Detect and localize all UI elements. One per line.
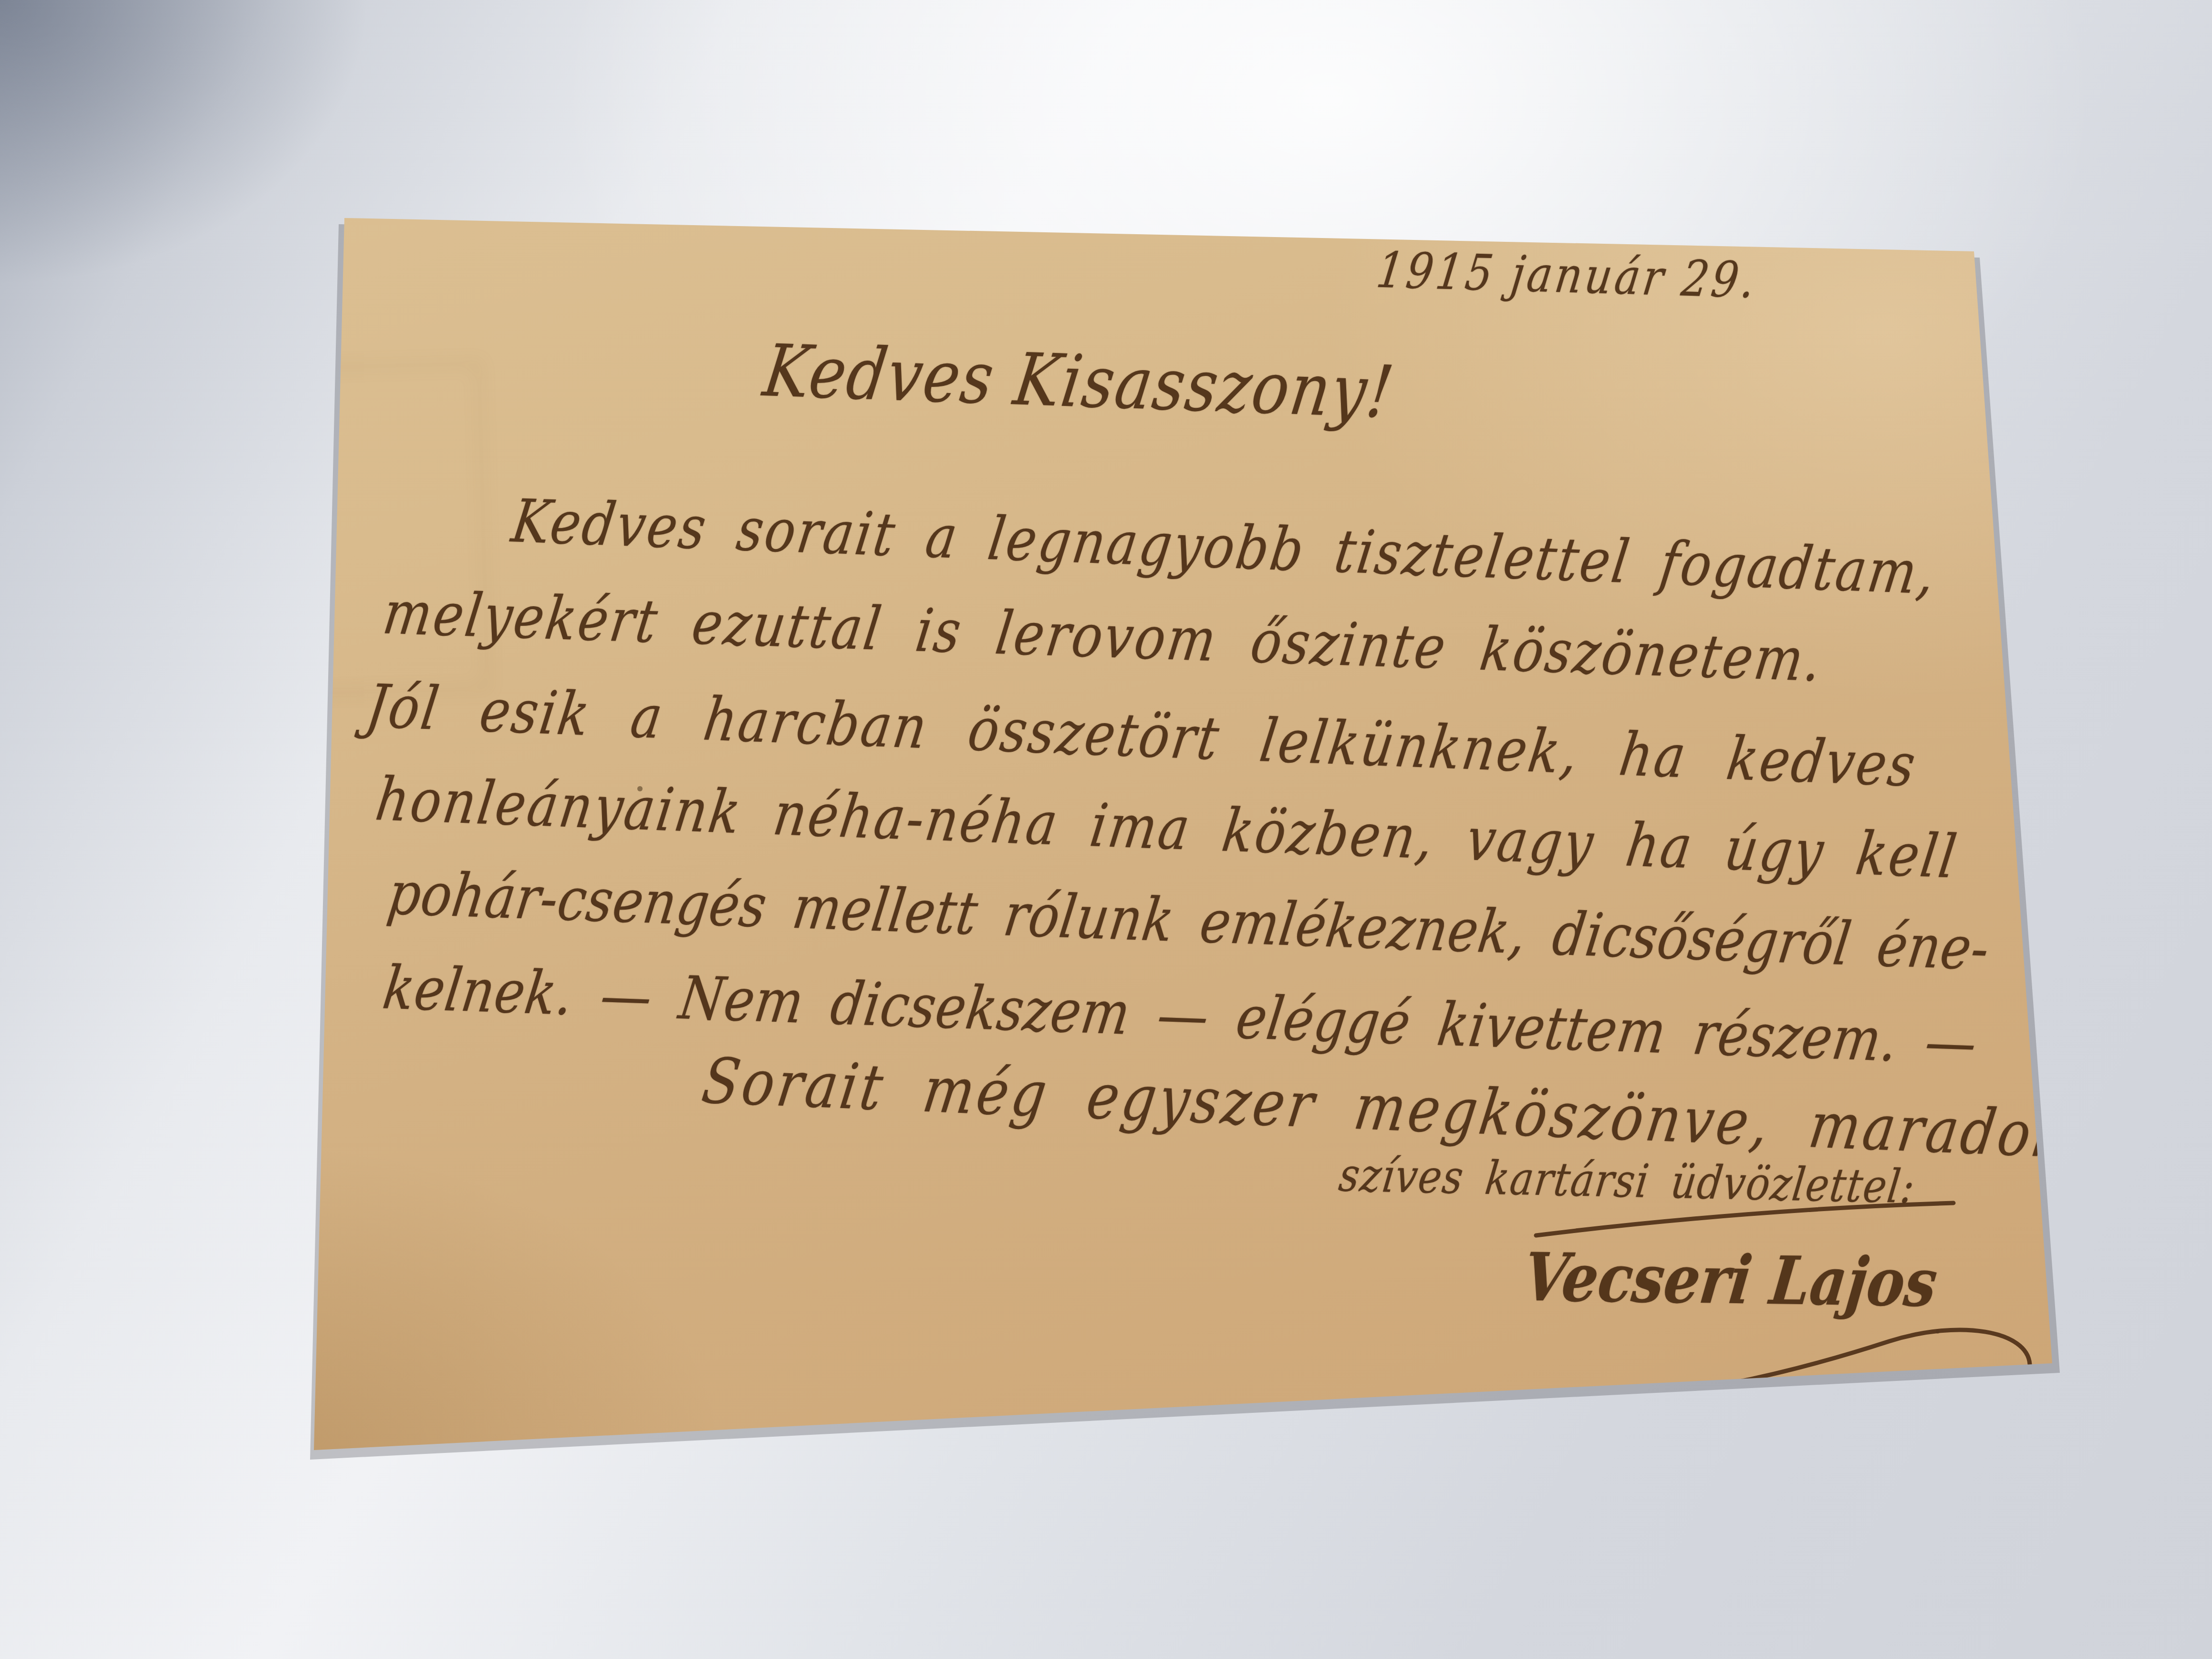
handwritten-salutation: Kedves Kisasszony! xyxy=(758,329,1399,435)
handwritten-date: 1915 január 29. xyxy=(1373,241,1761,309)
photo-backdrop: 1915 január 29. Kedves Kisasszony! Kedve… xyxy=(0,0,2212,1659)
postcard: 1915 január 29. Kedves Kisasszony! Kedve… xyxy=(0,0,2212,1659)
paper-speck xyxy=(1936,1330,1940,1334)
signature-flourish xyxy=(1479,1173,2099,1441)
signature-overline-stroke xyxy=(1536,1203,1953,1235)
paper-speck xyxy=(637,786,643,791)
paper-speck xyxy=(260,483,264,487)
show-through-mark xyxy=(139,358,493,703)
